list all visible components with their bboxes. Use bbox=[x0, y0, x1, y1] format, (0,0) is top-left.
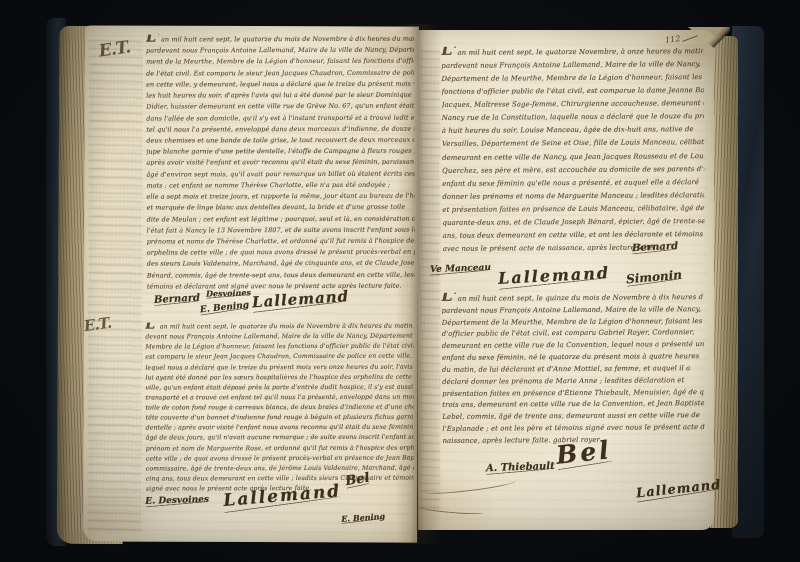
handwritten-line: Lebel, commis, âgé de trente ans, demeur… bbox=[442, 411, 704, 421]
handwritten-line: pardevant nous François Antoine Lalleman… bbox=[442, 305, 704, 315]
bleed-through-margin-column bbox=[420, 50, 440, 512]
handwritten-line: des sieurs Louis Valdenaire, Marchand, â… bbox=[147, 259, 415, 268]
handwritten-line: donner les prénoms et noms de Marguerite… bbox=[442, 191, 704, 201]
handwritten-line: témoins et déclarant ont signé avec nous… bbox=[147, 281, 415, 290]
handwritten-line: transporté et a trouvé cet enfant tel qu… bbox=[146, 394, 414, 402]
handwritten-line: après avoir visité l'enfant et avoir rec… bbox=[146, 158, 414, 167]
handwritten-line: présentation faites en présence d'Étienn… bbox=[442, 388, 704, 398]
handwritten-line: à huit heures du soir, Louise Manceau, â… bbox=[442, 125, 704, 135]
handwritten-line: prénoms et noms de Thérèse Charlotte, et… bbox=[147, 237, 415, 246]
handwritten-line: ment de la Meurthe, Membre de la Légion … bbox=[146, 57, 414, 66]
handwritten-line: d'officier public de l'état civil, est c… bbox=[442, 329, 704, 339]
pen-flourish bbox=[424, 476, 516, 496]
handwritten-line: lequel nous a déclaré que le treize du p… bbox=[145, 363, 413, 371]
handwritten-line: Département de la Meurthe, Membre de la … bbox=[441, 73, 703, 83]
signature-manceau: Ve Manceau bbox=[430, 263, 491, 274]
signature-thiebault: A. Thiebault bbox=[486, 461, 555, 473]
handwritten-line: de l'état civil. Est comparu le sieur Je… bbox=[146, 68, 414, 77]
handwritten-line: tête couverte d'un bonnet d'indienne fon… bbox=[146, 414, 414, 422]
handwritten-line: Querchez, ses père et mère, est accouché… bbox=[442, 165, 704, 175]
handwritten-line: toile de coton fond rouge à carreaux bla… bbox=[146, 404, 414, 412]
left-act-1-text: L'an mil huit cent sept, le quatorze du … bbox=[146, 34, 415, 291]
handwritten-line: ans, tous deux demeurant en cette ville,… bbox=[443, 230, 705, 240]
right-act-1-text: L'an mil huit cent sept, le quatorze Nov… bbox=[441, 45, 704, 253]
handwritten-line: est comparu le sieur Jean Jacques Chaudr… bbox=[145, 353, 413, 361]
page-number: 112 bbox=[664, 32, 698, 44]
handwritten-line: dentelle ; après avoir visité l'enfant n… bbox=[146, 424, 414, 432]
right-page: 112 L'an mil huit cent sept, le quatorze… bbox=[418, 30, 714, 530]
handwritten-line: dans l'allée de son domicile, qu'il s'y … bbox=[146, 113, 414, 122]
handwritten-line: Didier, huissier demeurant en cette vill… bbox=[146, 102, 414, 111]
handwritten-line: demeurant en cette ville rue de la Conve… bbox=[442, 340, 704, 350]
signature-simonin: Simonin bbox=[626, 268, 683, 286]
handwritten-line: tel qu'il nous l'a présenté, enveloppé d… bbox=[146, 124, 414, 133]
handwritten-line: L'an mil huit cent sept, le quinze du mo… bbox=[441, 291, 703, 303]
handwritten-line: cette ville ; de quoi avons dressé le pr… bbox=[146, 454, 414, 462]
handwritten-line: âgé d'environ sept mois, qu'il avait pou… bbox=[146, 169, 414, 178]
handwritten-line: commissaire, âgé de trente-deux ans, de … bbox=[146, 464, 414, 472]
handwritten-line: orphelins de cette ville ; de quoi nous … bbox=[147, 248, 415, 257]
signature-bel: Bel bbox=[555, 435, 613, 469]
handwritten-line: et marquée de linge blanc aux dentelles … bbox=[147, 203, 415, 212]
handwritten-line: trois ans, demeurant en cette ville rue … bbox=[442, 400, 704, 410]
signature-bel: Bel bbox=[344, 471, 370, 489]
handwritten-line: elle a sept mois et treize jours, et rap… bbox=[147, 192, 415, 201]
left-page: E.T. L'an mil huit cent sept, le quatorz… bbox=[83, 25, 419, 542]
handwritten-line: deux chemises et une bande de toile gris… bbox=[146, 136, 414, 145]
handwritten-line: en cette ville, y demeurant, lequel nous… bbox=[146, 80, 414, 89]
handwritten-line: devant nous François Antoine Lallemand, … bbox=[145, 333, 413, 341]
handwritten-line: jupe blanche garnie d'une petite dentell… bbox=[146, 147, 414, 156]
signature-bening: E. Bening bbox=[341, 511, 385, 523]
handwritten-line: pardevant nous François Antoine Lalleman… bbox=[441, 60, 703, 70]
handwritten-line: L'an mil huit cent sept, le quatorze Nov… bbox=[441, 45, 703, 57]
handwritten-line: fonctions d'officier public de l'état ci… bbox=[442, 86, 704, 96]
handwritten-line: les huit heures du soir, d'après l'avis … bbox=[146, 91, 414, 100]
handwritten-line: Membre de la Légion d'honneur, faisant l… bbox=[145, 343, 413, 351]
handwritten-line: demeurant en cette ville de Nancy, que J… bbox=[442, 152, 704, 162]
handwritten-line: Bénard, commis, âgé de trente-sept ans, … bbox=[147, 270, 415, 279]
handwritten-line: lui ayant été donné par les sœurs hospit… bbox=[145, 373, 413, 381]
handwritten-line: l'Esplanade ; et ont les père et témoins… bbox=[442, 423, 704, 433]
handwritten-line: du matin, de lui déclarant et d'Anne Mot… bbox=[442, 364, 704, 374]
handwritten-line: âgé de deux jours, qu'il n'avait aucune … bbox=[146, 434, 414, 442]
signature-lallemand: Lallemand bbox=[636, 478, 722, 501]
handwritten-line: Versailles, Département de Seine et Oise… bbox=[442, 139, 704, 149]
handwritten-line: Département de la Meurthe, Membre de la … bbox=[442, 317, 704, 327]
signature-bernard: Bernard bbox=[632, 241, 679, 253]
margin-annotation: E.T. bbox=[83, 314, 112, 336]
handwritten-line: prénom et nom de Marguerite Rose, et ord… bbox=[146, 444, 414, 452]
signature-bening: E. Bening bbox=[200, 300, 250, 314]
handwritten-line: l'état fait à Nancy le 13 Novembre 1807,… bbox=[147, 225, 415, 234]
photo-of-open-register-book: E.T. L'an mil huit cent sept, le quatorz… bbox=[0, 0, 800, 562]
handwritten-line: Jacques, Maîtresse Sage-femme, Chirurgie… bbox=[442, 99, 704, 109]
handwritten-line: mots : cet enfant se nomme Thérèse Charl… bbox=[146, 180, 414, 189]
signature-lallemand: Lallemand bbox=[498, 263, 611, 287]
signature-bernard: Bernard bbox=[154, 293, 201, 305]
handwritten-line: dite de Meulan ; cet enfant est légitime… bbox=[147, 214, 415, 223]
margin-annotation: E.T. bbox=[98, 37, 132, 61]
right-act-2-text: L'an mil huit cent sept, le quinze du mo… bbox=[441, 291, 704, 445]
handwritten-line: L'an mil huit cent sept, le quatorze du … bbox=[145, 322, 413, 331]
pen-flourish bbox=[418, 503, 484, 516]
handwritten-line: L'an mil huit cent sept, le quatorze du … bbox=[146, 34, 414, 44]
handwritten-line: cinq ans, tous deux demeurant en cette v… bbox=[146, 475, 414, 483]
handwritten-line: quarante-deux ans, et de Claude Joseph B… bbox=[442, 217, 704, 227]
handwritten-line: enfant du sexe féminin qu'elle nous a pr… bbox=[442, 178, 704, 188]
handwritten-line: Nancy rue de la Constitution, laquelle n… bbox=[442, 112, 704, 122]
handwritten-line: ville, qu'un enfant était déposé près la… bbox=[145, 383, 413, 391]
signature-desvoines: Desvoines bbox=[206, 287, 251, 297]
handwritten-line: et présentation faites en présence de Lo… bbox=[442, 204, 704, 214]
handwritten-line: enfant du sexe féminin, né le quatorze d… bbox=[442, 352, 704, 362]
bleed-through-margin-column bbox=[87, 39, 143, 533]
right-page-edge-stack bbox=[710, 36, 738, 528]
handwritten-line: déclaré donner les prénoms de Marie Anne… bbox=[442, 376, 704, 386]
signature-desvoines: E. Desvoines bbox=[145, 495, 209, 506]
handwritten-line: pardevant nous François Antoine Lalleman… bbox=[146, 46, 414, 55]
signature-lallemand: Lallemand bbox=[251, 287, 349, 310]
left-act-2-text: L'an mil huit cent sept, le quatorze du … bbox=[145, 322, 414, 493]
